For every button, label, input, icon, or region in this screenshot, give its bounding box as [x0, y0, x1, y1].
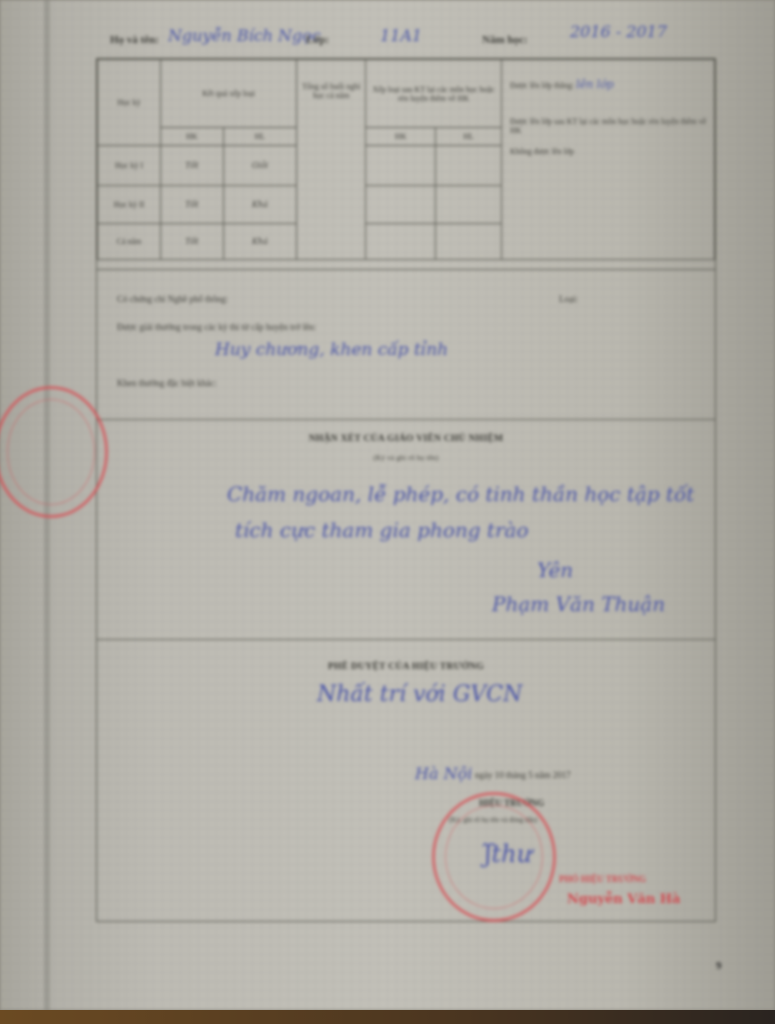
- row-conduct: Tốt: [161, 146, 224, 186]
- student-name-value: Nguyễn Bích Ngọc: [168, 26, 321, 45]
- note-promoted-value: lên lớp: [576, 78, 614, 91]
- row-retest-academic: [436, 146, 502, 186]
- teacher-review-subtitle: (Ký và ghi rõ họ tên): [97, 454, 715, 462]
- teacher-comment-line2: tích cực tham gia phong trào: [235, 518, 529, 542]
- header-retest-group: Xếp loại sau KT lại các môn học hoặc rèn…: [366, 60, 502, 128]
- principal-approval-section: PHÊ DUYỆT CỦA HIỆU TRƯỞNG Nhất trí với G…: [97, 639, 715, 922]
- class-value: 11A1: [380, 26, 422, 45]
- principal-approval-title: PHÊ DUYỆT CỦA HIỆU TRƯỞNG: [97, 662, 715, 672]
- desk-surface: [0, 1010, 775, 1024]
- signer-title: PHÓ HIỆU TRƯỞNG: [559, 874, 646, 884]
- row-retest-academic: [436, 224, 502, 260]
- teacher-signature: Yên: [537, 558, 573, 582]
- record-form: Học kỳ Kết quả xếp loại Tổng số buổi ngh…: [96, 58, 716, 922]
- note-promoted-label: Được lên lớp thẳng:: [510, 81, 574, 90]
- row-retest-conduct: [366, 224, 436, 260]
- row-academic: Giỏi: [223, 146, 297, 186]
- note-promoted-after-retest: Được lên lớp sau KT lại các môn học hoặc…: [510, 117, 708, 135]
- school-year-label: Năm học:: [482, 34, 528, 46]
- awards-label: Được giải thưởng trong các kỳ thi từ cấp…: [117, 322, 316, 332]
- header-days-absent: Tổng số buổi nghỉ học cả năm: [297, 60, 366, 260]
- class-label: Lớp:: [306, 34, 329, 46]
- date-text: ngày 10 tháng 5 năm 2017: [475, 770, 571, 780]
- row-retest-conduct: [366, 146, 436, 186]
- note-not-promoted: Không được lên lớp: [510, 147, 708, 156]
- teacher-review-section: NHẬN XÉT CỦA GIÁO VIÊN CHỦ NHIỆM (Ký và …: [97, 419, 715, 640]
- row-semester: Học kỳ II: [98, 186, 161, 224]
- awards-value: Huy chương, khen cấp tỉnh: [215, 340, 448, 360]
- row-conduct: Tốt: [161, 186, 224, 224]
- row-academic: Khá: [223, 186, 297, 224]
- principal-approval-text: Nhất trí với GVCN: [317, 682, 522, 707]
- row-academic: Khá: [223, 224, 297, 260]
- teacher-comment-line1: Chăm ngoan, lễ phép, có tinh thần học tậ…: [227, 482, 694, 506]
- header-conduct: HK: [161, 128, 224, 146]
- student-name-label: Họ và tên:: [110, 34, 159, 46]
- teacher-name: Phạm Văn Thuận: [492, 592, 665, 616]
- school-year-value: 2016 - 2017: [570, 22, 667, 41]
- header-result-group: Kết quả xếp loại: [161, 60, 297, 128]
- promotion-notes: Được lên lớp thẳng: lên lớp Được lên lớp…: [501, 60, 714, 260]
- row-conduct: Tốt: [161, 224, 224, 260]
- scores-table: Học kỳ Kết quả xếp loại Tổng số buổi ngh…: [97, 59, 715, 260]
- special-awards-label: Khen thưởng đặc biệt khác:: [117, 378, 217, 388]
- header-academic: HL: [223, 128, 297, 146]
- header-semester: Học kỳ: [98, 60, 161, 146]
- row-semester: Học kỳ I: [98, 146, 161, 186]
- date-place: Hà Nội: [415, 764, 472, 783]
- page-number: 9: [716, 960, 722, 972]
- certificate-grade-label: Loại:: [559, 294, 578, 304]
- teacher-review-title: NHẬN XÉT CỦA GIÁO VIÊN CHỦ NHIỆM: [97, 434, 715, 444]
- document-page: Họ và tên: Nguyễn Bích Ngọc Lớp: 11A1 Nă…: [0, 0, 775, 1010]
- certificates-section: Có chứng chỉ Nghề phổ thông: Loại: Được …: [97, 269, 715, 420]
- signer-name: Nguyễn Văn Hà: [567, 892, 680, 907]
- header-retest-conduct: HK: [366, 128, 436, 146]
- header-retest-academic: HL: [436, 128, 502, 146]
- row-retest-conduct: [366, 186, 436, 224]
- row-semester: Cả năm: [98, 224, 161, 260]
- row-retest-academic: [436, 186, 502, 224]
- certificate-label: Có chứng chỉ Nghề phổ thông:: [117, 294, 228, 304]
- school-stamp-principal: [432, 792, 556, 922]
